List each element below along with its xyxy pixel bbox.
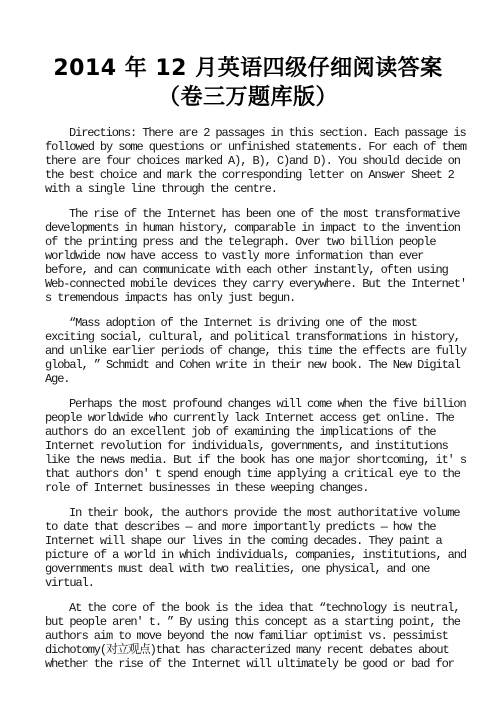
document-page: 2014 年 12 月英语四级仔细阅读答案 （卷三万题库版） Direction… <box>0 0 496 702</box>
paragraph: “Mass adoption of the Internet is drivin… <box>45 316 467 386</box>
paragraph: Perhaps the most profound changes will c… <box>45 397 467 495</box>
paragraph: The rise of the Internet has been one of… <box>45 207 467 305</box>
paragraph-directions: Directions: There are 2 passages in this… <box>45 126 467 196</box>
document-title-line1: 2014 年 12 月英语四级仔细阅读答案 <box>53 56 442 81</box>
paragraph: In their book, the authors provide the m… <box>45 506 467 590</box>
document-body: Directions: There are 2 passages in this… <box>45 126 467 671</box>
document-title: 2014 年 12 月英语四级仔细阅读答案 （卷三万题库版） <box>0 54 496 112</box>
document-title-line2: （卷三万题库版） <box>158 85 338 110</box>
paragraph: At the core of the book is the idea that… <box>45 601 467 671</box>
